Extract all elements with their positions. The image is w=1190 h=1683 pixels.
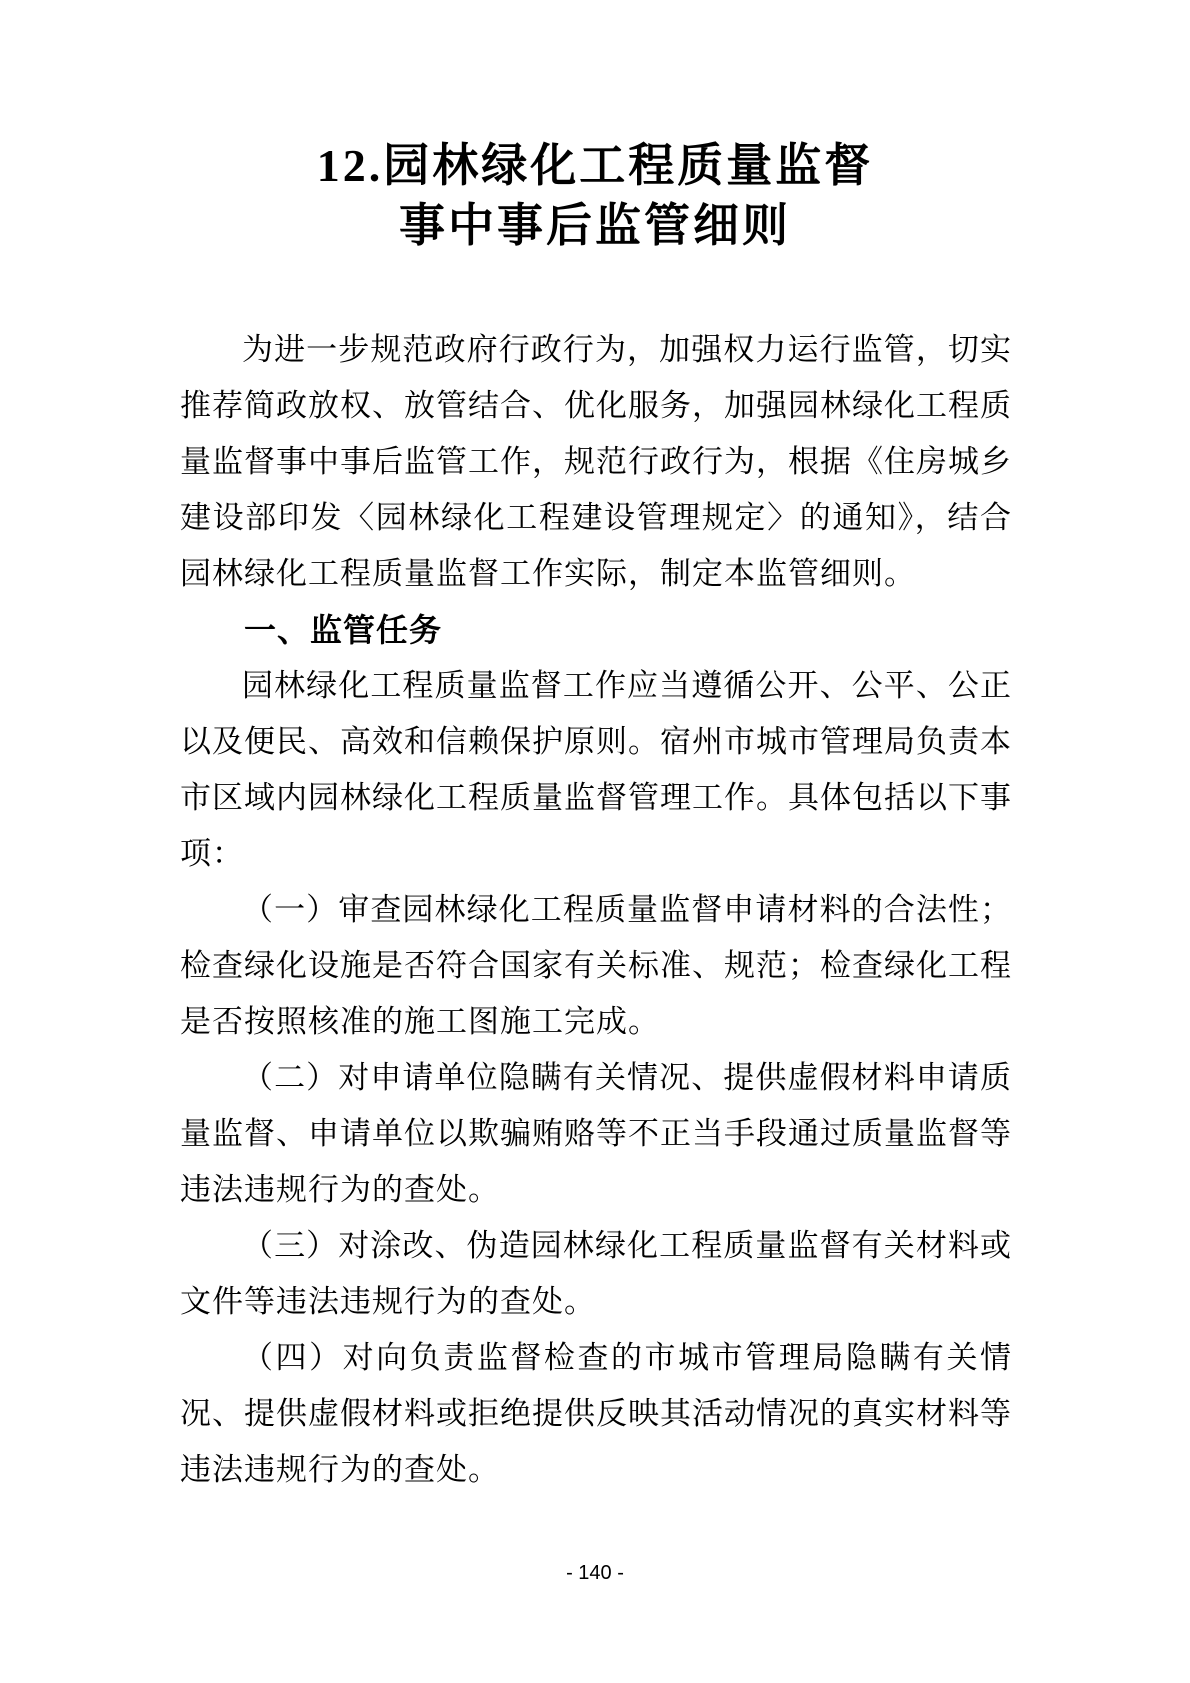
- document-body: 为进一步规范政府行政行为，加强权力运行监管，切实推荐简政放权、放管结合、优化服务…: [180, 322, 1012, 1498]
- title-line-1: 12.园林绿化工程质量监督: [0, 136, 1190, 196]
- list-item-3: （三）对涂改、伪造园林绿化工程质量监督有关材料或文件等违法违规行为的查处。: [180, 1218, 1012, 1330]
- list-item-2: （二）对申请单位隐瞒有关情况、提供虚假材料申请质量监督、申请单位以欺骗贿赂等不正…: [180, 1050, 1012, 1218]
- page-number: - 140 -: [566, 1562, 624, 1584]
- list-item-1: （一）审查园林绿化工程质量监督申请材料的合法性；检查绿化设施是否符合国家有关标准…: [180, 882, 1012, 1050]
- section-heading-supervision-tasks: 一、监管任务: [180, 602, 1012, 658]
- list-item-4: （四）对向负责监督检查的市城市管理局隐瞒有关情况、提供虚假材料或拒绝提供反映其活…: [180, 1330, 1012, 1498]
- paragraph-intro: 为进一步规范政府行政行为，加强权力运行监管，切实推荐简政放权、放管结合、优化服务…: [180, 322, 1012, 602]
- page-footer: - 140 -: [0, 1562, 1190, 1585]
- document-title: 12.园林绿化工程质量监督 事中事后监管细则: [0, 136, 1190, 256]
- document-page: 12.园林绿化工程质量监督 事中事后监管细则 为进一步规范政府行政行为，加强权力…: [0, 0, 1190, 1683]
- title-line-2: 事中事后监管细则: [0, 196, 1190, 256]
- paragraph-principles: 园林绿化工程质量监督工作应当遵循公开、公平、公正以及便民、高效和信赖保护原则。宿…: [180, 658, 1012, 882]
